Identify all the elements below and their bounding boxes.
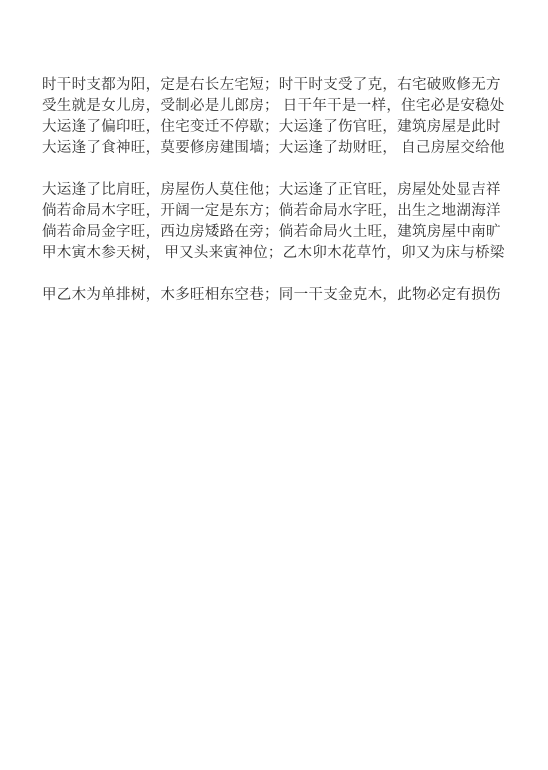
text-line: 大运逢了食神旺，莫要修房建围墙；大运逢了劫财旺， 自己房屋交给他 [42,138,506,159]
paragraph: 时干时支都为阳，定是右长左宅短；时干时支受了克，右宅破败修无方 受生就是女儿房，… [42,75,506,159]
text-line: 时干时支都为阳，定是右长左宅短；时干时支受了克，右宅破败修无方 [42,75,506,96]
text-line: 大运逢了比肩旺，房屋伤人莫住他；大运逢了正官旺，房屋处处显吉祥 [42,180,506,201]
paragraph: 甲乙木为单排树，木多旺相东空巷；同一干支金克木，此物必定有损伤 [42,285,506,306]
text-line: 受生就是女儿房，受制必是儿郎房； 日干年干是一样，住宅必是安稳处 [42,96,506,117]
document-page: 时干时支都为阳，定是右长左宅短；时干时支受了克，右宅破败修无方 受生就是女儿房，… [0,0,548,770]
paragraph: 大运逢了比肩旺，房屋伤人莫住他；大运逢了正官旺，房屋处处显吉祥 倘若命局木字旺，… [42,180,506,264]
text-line: 甲木寅木参天树， 甲又头来寅神位；乙木卯木花草竹，卯又为床与桥梁 [42,243,506,264]
text-line: 甲乙木为单排树，木多旺相东空巷；同一干支金克木，此物必定有损伤 [42,285,506,306]
text-line: 倘若命局金字旺，西边房矮路在旁；倘若命局火土旺，建筑房屋中南旷 [42,222,506,243]
text-line: 大运逢了偏印旺，住宅变迁不停歇；大运逢了伤官旺，建筑房屋是此时 [42,117,506,138]
text-line: 倘若命局木字旺，开阔一定是东方；倘若命局水字旺，出生之地湖海洋 [42,201,506,222]
